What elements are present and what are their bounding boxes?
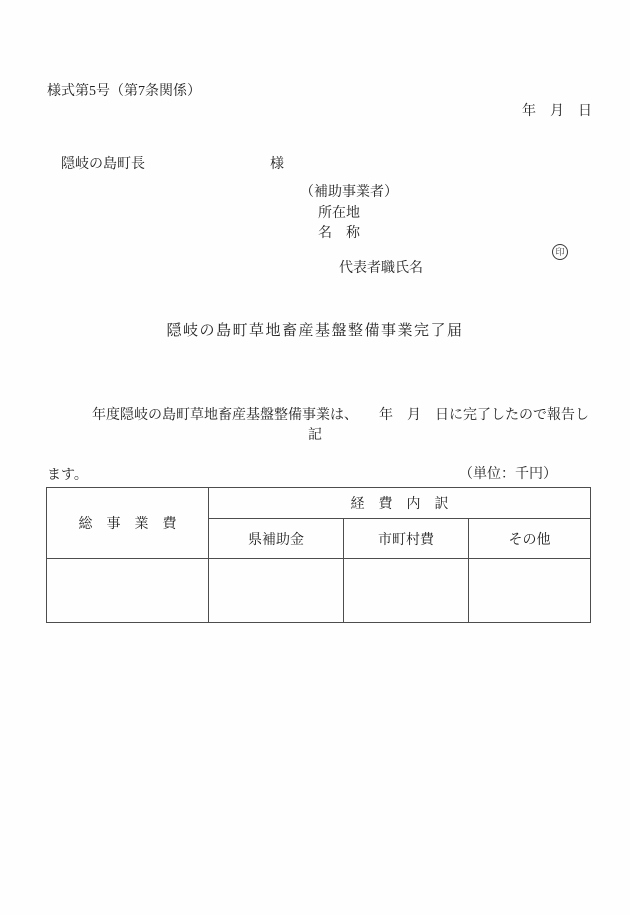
applicant-name-label: 名 称	[318, 226, 360, 242]
applicant-address-label: 所在地	[318, 206, 360, 222]
record-marker: 記	[0, 428, 630, 444]
addressee-honorific: 様	[270, 157, 284, 172]
unit-note: （単位：千円）	[459, 467, 557, 483]
applicant-representative-label: 代表者職氏名	[339, 261, 423, 276]
other-value-cell	[469, 559, 591, 623]
addressee-line: 隠岐の島町長様	[47, 141, 284, 189]
table-row-breakdown-header: 総 事 業 費 経 費 内 訳	[47, 488, 591, 519]
body-line-1: 年度隠岐の島町草地畜産基盤整備事業は、 年 月 日に完了したので報告し	[47, 406, 603, 426]
cost-breakdown-table: 総 事 業 費 経 費 内 訳 県補助金 市町村費 その他	[46, 487, 591, 623]
seal-stamp-icon: 印	[552, 244, 568, 260]
municipal-cost-value-cell	[344, 559, 469, 623]
addressee-name: 隠岐の島町長	[61, 157, 145, 172]
column-header-prefecture-subsidy: 県補助金	[209, 519, 344, 559]
prefecture-subsidy-value-cell	[209, 559, 344, 623]
column-header-other: その他	[469, 519, 591, 559]
applicant-heading: （補助事業者）	[300, 185, 398, 201]
document-page: 様式第5号（第7条関係） 年 月 日 隠岐の島町長様 （補助事業者） 所在地 名…	[0, 0, 630, 915]
table-row-values	[47, 559, 591, 623]
form-number: 様式第5号（第7条関係）	[47, 84, 201, 100]
total-cost-header-cell: 総 事 業 費	[47, 488, 209, 559]
breakdown-header-cell: 経 費 内 訳	[209, 488, 591, 519]
date-blank-line: 年 月 日	[522, 104, 592, 120]
column-header-municipal-cost: 市町村費	[344, 519, 469, 559]
applicant-block: （補助事業者） 所在地 名 称 代表者職氏名 印	[300, 185, 590, 265]
applicant-representative-line: 代表者職氏名 印	[318, 245, 578, 309]
document-title: 隠岐の島町草地畜産基盤整備事業完了届	[0, 323, 630, 339]
total-cost-value-cell	[47, 559, 209, 623]
